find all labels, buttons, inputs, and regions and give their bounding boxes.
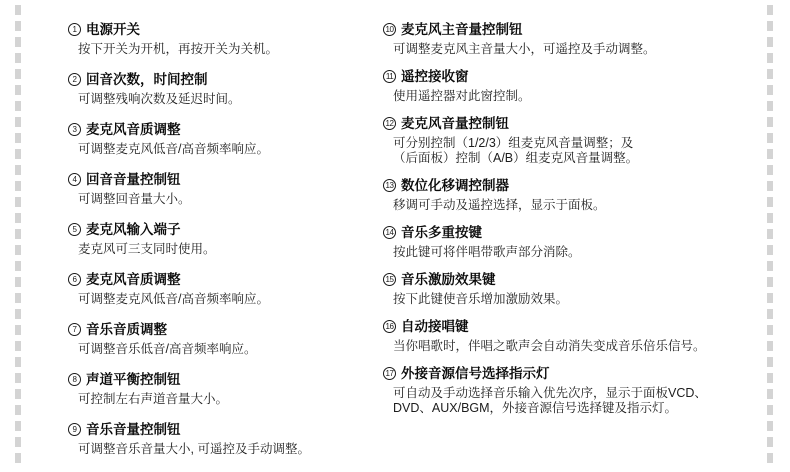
item-heading: 15 音乐激励效果键: [383, 271, 755, 289]
item-number-badge: 11: [383, 70, 396, 83]
item-title: 音乐激励效果键: [401, 271, 496, 289]
item-number-badge: 14: [383, 226, 396, 239]
item-heading: 10 麦克风主音量控制钮: [383, 21, 755, 39]
item-description: 麦克风可三支同时使用。: [78, 242, 390, 257]
item-heading: 2 回音次数，时间控制: [68, 71, 390, 89]
item-heading: 1 电源开关: [68, 21, 390, 39]
manual-item-7: 7 音乐音质调整 可调整音乐低音/高音频率响应。: [68, 321, 390, 357]
perforation-marks-left: [15, 5, 21, 469]
item-description: 可调整残响次数及延迟时间。: [78, 92, 390, 107]
item-number-badge: 13: [383, 179, 396, 192]
item-description: 当你唱歌时，伴唱之歌声会自动消失变成音乐倍乐信号。: [393, 339, 755, 354]
item-title: 麦克风音质调整: [86, 121, 181, 139]
item-title: 麦克风输入端子: [86, 221, 181, 239]
item-description: 可分别控制（1/2/3）组麦克风音量调整；及 （后面板）控制（A/B）组麦克风音…: [393, 136, 755, 166]
item-title: 音乐多重按键: [401, 224, 482, 242]
item-description: 可调整麦克风主音量大小，可遥控及手动调整。: [393, 42, 755, 57]
item-number-badge: 6: [68, 273, 81, 286]
item-number-badge: 9: [68, 423, 81, 436]
item-number-badge: 3: [68, 123, 81, 136]
item-description: 可调整麦克风低音/高音频率响应。: [78, 292, 390, 307]
item-title: 声道平衡控制钮: [86, 371, 181, 389]
item-number-badge: 1: [68, 23, 81, 36]
item-heading: 5 麦克风输入端子: [68, 221, 390, 239]
item-number-badge: 17: [383, 367, 396, 380]
item-title: 自动接唱键: [401, 318, 469, 336]
item-number-badge: 7: [68, 323, 81, 336]
manual-item-12: 12 麦克风音量控制钮 可分别控制（1/2/3）组麦克风音量调整；及 （后面板）…: [383, 115, 755, 166]
item-number-badge: 15: [383, 273, 396, 286]
manual-item-2: 2 回音次数，时间控制 可调整残响次数及延迟时间。: [68, 71, 390, 107]
item-number-badge: 16: [383, 320, 396, 333]
manual-item-16: 16 自动接唱键 当你唱歌时，伴唱之歌声会自动消失变成音乐倍乐信号。: [383, 318, 755, 354]
item-description: 按此键可将伴唱带歌声部分消除。: [393, 245, 755, 260]
item-title: 数位化移调控制器: [401, 177, 509, 195]
manual-item-3: 3 麦克风音质调整 可调整麦克风低音/高音频率响应。: [68, 121, 390, 157]
item-description: 可自动及手动选择音乐输入优先次序，显示于面板VCD、 DVD、AUX/BGM，外…: [393, 386, 755, 416]
item-description: 可调整回音量大小。: [78, 192, 390, 207]
item-heading: 7 音乐音质调整: [68, 321, 390, 339]
item-heading: 14 音乐多重按键: [383, 224, 755, 242]
manual-item-15: 15 音乐激励效果键 按下此键使音乐增加激励效果。: [383, 271, 755, 307]
manual-item-4: 4 回音音量控制钮 可调整回音量大小。: [68, 171, 390, 207]
item-description: 可调整麦克风低音/高音频率响应。: [78, 142, 390, 157]
item-title: 遥控接收窗: [401, 68, 469, 86]
item-heading: 11 遥控接收窗: [383, 68, 755, 86]
legend-column-left: 1 电源开关 按下开关为开机，再按开关为关机。 2 回音次数，时间控制 可调整残…: [68, 21, 390, 471]
manual-item-14: 14 音乐多重按键 按此键可将伴唱带歌声部分消除。: [383, 224, 755, 260]
item-title: 外接音源信号选择指示灯: [401, 365, 550, 383]
item-heading: 16 自动接唱键: [383, 318, 755, 336]
item-description: 移调可手动及遥控选择，显示于面板。: [393, 198, 755, 213]
item-description: 可调整音乐音量大小, 可遥控及手动调整。: [78, 442, 390, 457]
item-title: 麦克风音量控制钮: [401, 115, 509, 133]
legend-column-right: 10 麦克风主音量控制钮 可调整麦克风主音量大小，可遥控及手动调整。 11 遥控…: [383, 21, 755, 427]
item-heading: 8 声道平衡控制钮: [68, 371, 390, 389]
manual-item-5: 5 麦克风输入端子 麦克风可三支同时使用。: [68, 221, 390, 257]
item-title: 音乐音量控制钮: [86, 421, 181, 439]
manual-item-8: 8 声道平衡控制钮 可控制左右声道音量大小。: [68, 371, 390, 407]
manual-item-10: 10 麦克风主音量控制钮 可调整麦克风主音量大小，可遥控及手动调整。: [383, 21, 755, 57]
item-description: 按下此键使音乐增加激励效果。: [393, 292, 755, 307]
manual-item-9: 9 音乐音量控制钮 可调整音乐音量大小, 可遥控及手动调整。: [68, 421, 390, 457]
manual-item-11: 11 遥控接收窗 使用遥控器对此窗控制。: [383, 68, 755, 104]
manual-item-17: 17 外接音源信号选择指示灯 可自动及手动选择音乐输入优先次序，显示于面板VCD…: [383, 365, 755, 416]
item-heading: 3 麦克风音质调整: [68, 121, 390, 139]
item-heading: 17 外接音源信号选择指示灯: [383, 365, 755, 383]
item-number-badge: 8: [68, 373, 81, 386]
manual-item-13: 13 数位化移调控制器 移调可手动及遥控选择，显示于面板。: [383, 177, 755, 213]
item-number-badge: 2: [68, 73, 81, 86]
item-title: 回音音量控制钮: [86, 171, 181, 189]
manual-item-1: 1 电源开关 按下开关为开机，再按开关为关机。: [68, 21, 390, 57]
item-description: 按下开关为开机，再按开关为关机。: [78, 42, 390, 57]
item-title: 电源开关: [86, 21, 140, 39]
item-number-badge: 4: [68, 173, 81, 186]
item-description: 使用遥控器对此窗控制。: [393, 89, 755, 104]
item-title: 麦克风主音量控制钮: [401, 21, 523, 39]
item-heading: 9 音乐音量控制钮: [68, 421, 390, 439]
manual-item-6: 6 麦克风音质调整 可调整麦克风低音/高音频率响应。: [68, 271, 390, 307]
perforation-marks-right: [767, 5, 773, 469]
item-description: 可控制左右声道音量大小。: [78, 392, 390, 407]
item-title: 麦克风音质调整: [86, 271, 181, 289]
item-heading: 12 麦克风音量控制钮: [383, 115, 755, 133]
item-description: 可调整音乐低音/高音频率响应。: [78, 342, 390, 357]
item-number-badge: 10: [383, 23, 396, 36]
item-title: 回音次数，时间控制: [86, 71, 208, 89]
item-heading: 6 麦克风音质调整: [68, 271, 390, 289]
item-number-badge: 5: [68, 223, 81, 236]
item-number-badge: 12: [383, 117, 396, 130]
item-heading: 13 数位化移调控制器: [383, 177, 755, 195]
item-title: 音乐音质调整: [86, 321, 167, 339]
item-heading: 4 回音音量控制钮: [68, 171, 390, 189]
